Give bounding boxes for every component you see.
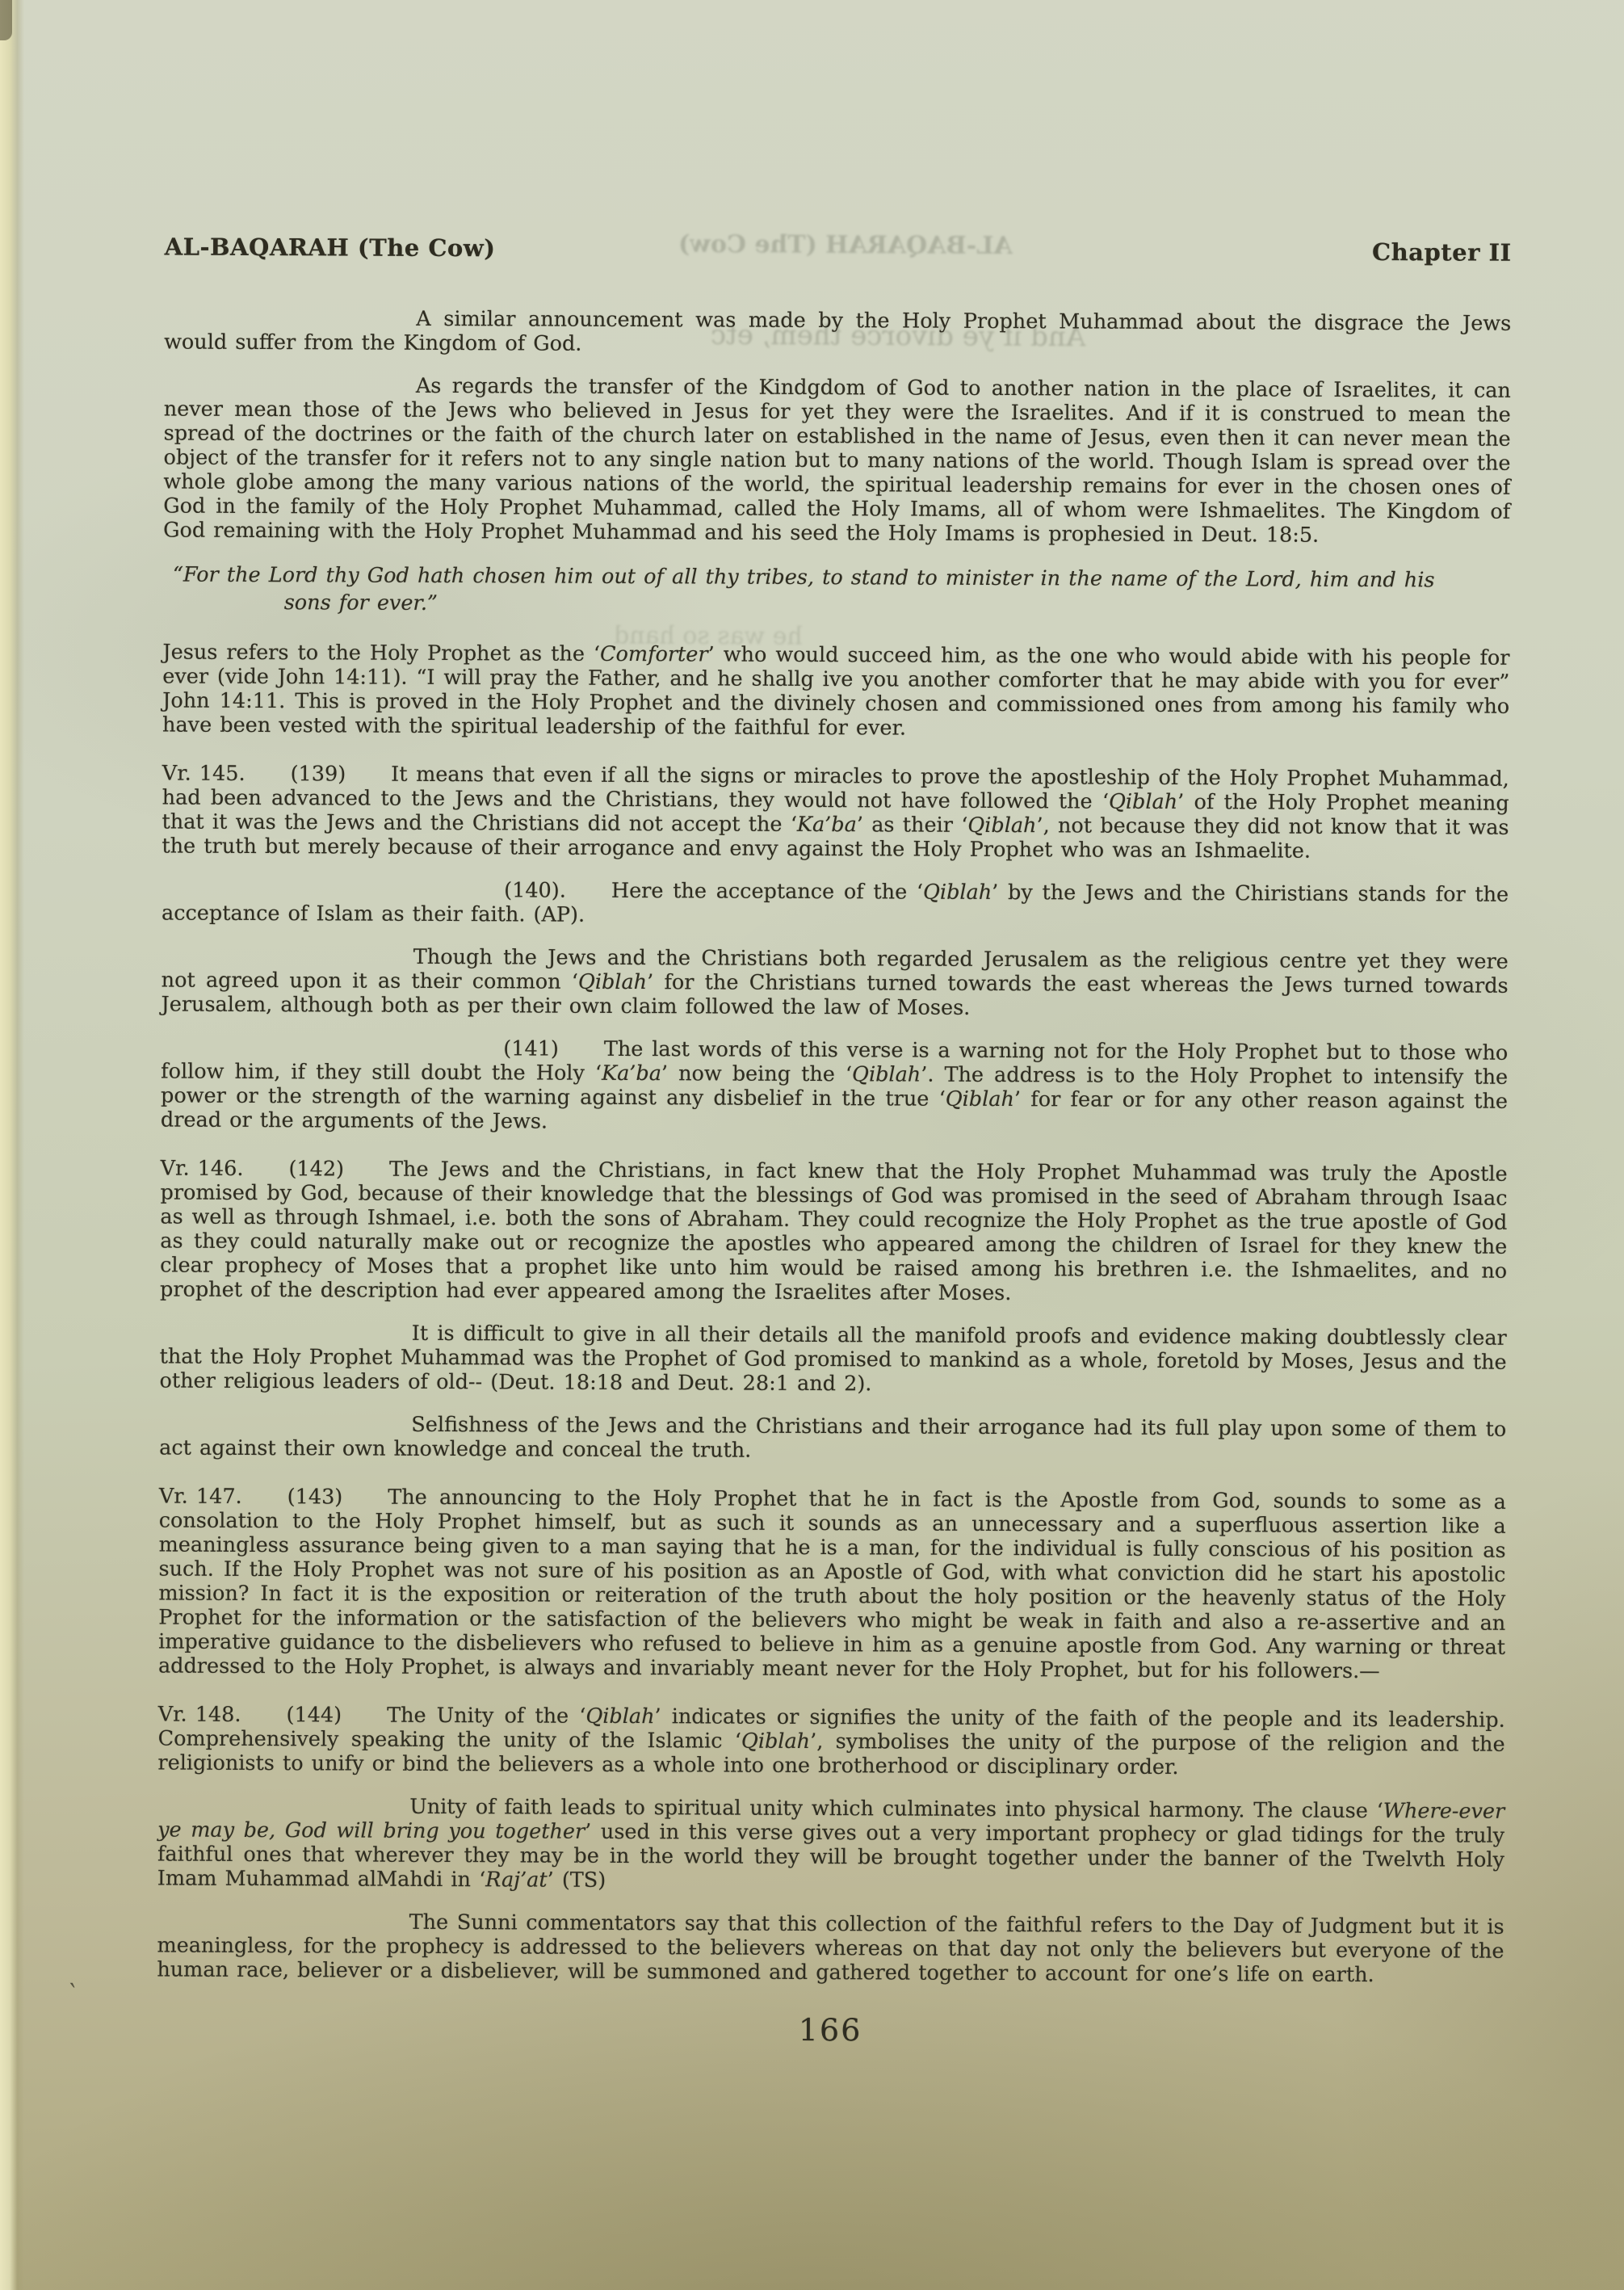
verse-label: (139) bbox=[291, 762, 346, 786]
italic-term: Qiblah bbox=[585, 1704, 654, 1729]
para-proofs: It is difficult to give in all their det… bbox=[159, 1320, 1506, 1398]
verse-label: (142) bbox=[288, 1157, 344, 1181]
italic-term: Qiblah bbox=[967, 813, 1036, 838]
text-segment: ’ (TS) bbox=[548, 1868, 606, 1893]
page-header: AL-BAQARAH (The Cow) Chapter II bbox=[165, 233, 1512, 267]
page-body: A similar announcement was made by the H… bbox=[157, 306, 1511, 1988]
page-content: AL-BAQARAH (The Cow) Chapter II A simila… bbox=[0, 0, 1624, 2051]
para-jerusalem: Though the Jews and the Christians both … bbox=[162, 943, 1509, 1022]
text-segment: Here the acceptance of the ‘ bbox=[611, 879, 923, 905]
verse-label: (141) bbox=[332, 1036, 559, 1061]
text-segment: The Jews and the Christians, in fact kne… bbox=[160, 1158, 1508, 1305]
scanned-page: AL-BAQARAH (The Cow) And if ye divorce t… bbox=[0, 0, 1624, 2290]
vr-148: Vr. 148.(144)The Unity of the ‘Qiblah’ i… bbox=[157, 1702, 1504, 1780]
note-140: (140).Here the acceptance of the ‘Qiblah… bbox=[162, 876, 1509, 931]
text-segment: Jesus refers to the Holy Prophet as the … bbox=[162, 640, 600, 666]
note-141: (141)The last words of this verse is a w… bbox=[161, 1035, 1509, 1137]
text-segment: As regards the transfer of the Kindgdom … bbox=[163, 374, 1511, 548]
page-number: 166 bbox=[157, 2009, 1504, 2050]
quote-deut-18-5: “For the Lord thy God hath chosen him ou… bbox=[163, 561, 1486, 622]
verse-label: (140). bbox=[333, 877, 566, 902]
text-segment: Selfishness of the Jews and the Christia… bbox=[159, 1413, 1506, 1463]
verse-label: (143) bbox=[287, 1485, 343, 1509]
verse-label: (144) bbox=[286, 1703, 342, 1727]
verse-label: Vr. 147. bbox=[159, 1484, 242, 1508]
text-segment: A similar announcement was made by the H… bbox=[164, 307, 1511, 356]
vr-147: Vr. 147.(143)The announcing to the Holy … bbox=[158, 1484, 1506, 1683]
text-segment: It is difficult to give in all their det… bbox=[159, 1321, 1506, 1396]
italic-term: Qiblah bbox=[946, 1087, 1014, 1111]
para-announcement: A similar announcement was made by the H… bbox=[164, 306, 1511, 360]
italic-term: Qiblah bbox=[741, 1729, 810, 1754]
text-segment: The Unity of the ‘ bbox=[387, 1704, 585, 1729]
italic-term: Ka’ba bbox=[602, 1061, 661, 1086]
italic-term: Raj’at bbox=[485, 1868, 548, 1892]
para-unity: Unity of faith leads to spiritual unity … bbox=[157, 1793, 1505, 1896]
vr-145: Vr. 145.(139)It means that even if all t… bbox=[162, 761, 1509, 863]
italic-term: Ka’ba bbox=[797, 813, 857, 837]
text-segment: ’ as their ‘ bbox=[857, 813, 968, 838]
italic-term: Qiblah bbox=[923, 880, 992, 905]
verse-label: Vr. 146. bbox=[161, 1156, 244, 1180]
para-comforter: Jesus refers to the Holy Prophet as the … bbox=[162, 640, 1510, 742]
italic-term: Qiblah bbox=[852, 1062, 921, 1086]
italic-term: Qiblah bbox=[578, 970, 647, 994]
text-segment: ’ now being the ‘ bbox=[661, 1061, 852, 1086]
text-segment: The announcing to the Holy Prophet that … bbox=[158, 1485, 1506, 1683]
para-transfer: As regards the transfer of the Kindgdom … bbox=[163, 373, 1511, 548]
book-title: AL-BAQARAH (The Cow) bbox=[165, 233, 496, 263]
verse-label: Vr. 145. bbox=[162, 761, 245, 785]
chapter-label: Chapter II bbox=[1372, 238, 1512, 267]
italic-term: “For the Lord thy God hath chosen him ou… bbox=[173, 563, 1435, 616]
italic-term: Qiblah bbox=[1109, 790, 1177, 814]
para-selfishness: Selfishness of the Jews and the Christia… bbox=[159, 1411, 1506, 1465]
text-segment: The Sunni commentators say that this col… bbox=[157, 1910, 1504, 1987]
italic-term: Comforter bbox=[600, 642, 708, 667]
verse-label: Vr. 148. bbox=[158, 1702, 241, 1726]
vr-146: Vr. 146.(142)The Jews and the Christians… bbox=[160, 1156, 1508, 1307]
para-sunni: The Sunni commentators say that this col… bbox=[157, 1909, 1504, 1987]
